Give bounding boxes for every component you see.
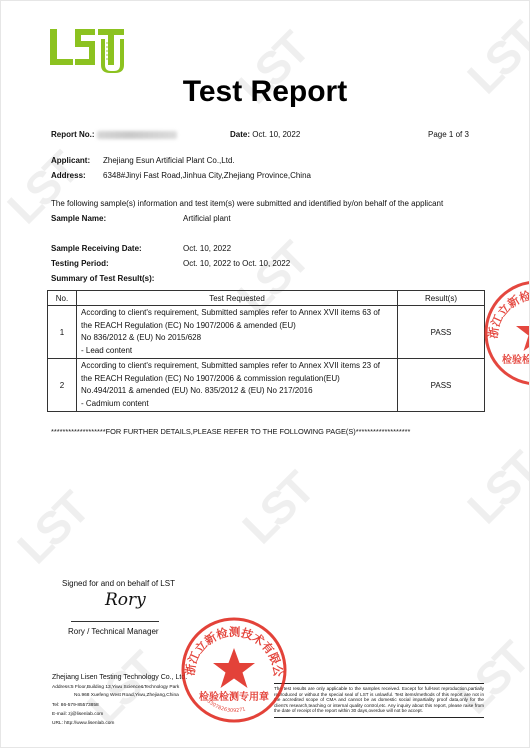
testing-period-label: Testing Period: (51, 259, 109, 268)
report-no-label: Report No.: (51, 130, 95, 139)
company-name: Zhejiang Lisen Testing Technology Co., L… (52, 674, 187, 681)
test-requested: According to client's requirement, Submi… (77, 306, 398, 359)
sample-name-label: Sample Name: (51, 214, 106, 223)
col-test-requested: Test Requested (77, 291, 398, 306)
col-no: No. (48, 291, 77, 306)
stamp-inner-text: 检验检测专用章 (199, 690, 269, 703)
date-label: Date: (230, 130, 250, 139)
table-row: 2 According to client's requirement, Sub… (48, 359, 485, 412)
row-number: 1 (48, 306, 77, 359)
applicant-value: Zhejiang Esun Artificial Plant Co.,Ltd. (103, 156, 235, 165)
sample-intro: The following sample(s) information and … (51, 199, 443, 208)
company-email: E-mail: zj@lisenlab.com (52, 712, 103, 717)
receiving-date-row: Sample Receiving Date: Oct. 10, 2022 (51, 244, 142, 253)
summary-heading: Summary of Test Result(s): (51, 274, 154, 283)
lst-logo (50, 29, 124, 73)
test-line: No 836/2012 & (EU) No 2015/628 (81, 332, 393, 345)
page-indicator: Page 1 of 3 (428, 130, 469, 139)
signature: Rory (105, 590, 146, 610)
watermark: LST (7, 487, 106, 586)
testing-period-value: Oct. 10, 2022 to Oct. 10, 2022 (183, 259, 290, 268)
test-line: - Lead content (81, 345, 393, 358)
stamp-outer-text: 浙江立新检测技术有限公司 (180, 616, 285, 678)
receiving-date-label: Sample Receiving Date: (51, 244, 142, 253)
watermark: LST (232, 467, 331, 566)
result-value: PASS (398, 306, 485, 359)
report-number: Report No.: (51, 130, 177, 139)
test-requested: According to client's requirement, Submi… (77, 359, 398, 412)
address-value: 6348#Jinyi Fast Road,Jinhua City,Zhejian… (103, 171, 311, 180)
test-line: According to client's requirement, Submi… (81, 307, 393, 320)
report-page: LST LST LST LST LST LST LST LST LST Test… (0, 0, 530, 748)
date-value: Oct. 10, 2022 (252, 130, 300, 139)
watermark: LST (457, 447, 530, 546)
svg-text:3307826309271: 3307826309271 (206, 698, 247, 714)
stamp-serial: 3307826309271 (206, 698, 247, 714)
svg-text:浙江立新检测技术有限公司: 浙江立新检测技术有限公司 (180, 616, 285, 678)
table-row: 1 According to client's requirement, Sub… (48, 306, 485, 359)
test-line: - Cadmium content (81, 398, 393, 411)
sample-name-value: Artificial plant (183, 214, 231, 223)
company-seal-stamp-edge: 浙江立新检测技术有限公司 检验检测专用章 (483, 279, 530, 387)
stamp-inner-text: 检验检测专用章 (502, 353, 530, 366)
col-results: Result(s) (398, 291, 485, 306)
table-header-row: No. Test Requested Result(s) (48, 291, 485, 306)
company-url: URL: http://www.lisenlab.com (52, 721, 114, 726)
signer-name: Rory / Technical Manager (68, 627, 159, 636)
summary-table: No. Test Requested Result(s) 1 According… (47, 290, 485, 412)
company-address-2: No.968 Xuefeng West Road,Yiwu,Zhejiang,C… (74, 693, 179, 698)
address-label: Address: (51, 171, 86, 180)
stamp-outer-text: 浙江立新检测技术有限公司 (483, 279, 530, 341)
further-details-note: *******************FOR FURTHER DETAILS,P… (51, 427, 410, 436)
company-address-1: Address:5 Floor,Building 13,Yiwu Science… (52, 685, 179, 690)
address-row: Address: 6348#Jinyi Fast Road,Jinhua Cit… (51, 171, 86, 180)
result-value: PASS (398, 359, 485, 412)
page-title: Test Report (1, 75, 529, 109)
applicant-label: Applicant: (51, 156, 90, 165)
applicant-row: Applicant: Zhejiang Esun Artificial Plan… (51, 156, 90, 165)
test-line: According to client's requirement, Submi… (81, 360, 393, 373)
signature-line (71, 621, 159, 622)
company-seal-stamp: 浙江立新检测技术有限公司 检验检测专用章 3307826309271 (180, 616, 288, 724)
company-tel: Tel: 86-579-85573858 (52, 703, 99, 708)
svg-text:浙江立新检测技术有限公司: 浙江立新检测技术有限公司 (483, 279, 530, 341)
report-date: Date: Oct. 10, 2022 (230, 130, 300, 139)
disclaimer: The test results are only applicable to … (274, 683, 484, 718)
test-line: No.494/2011 & amended (EU) No. 835/2012 … (81, 385, 393, 398)
test-line: the REACH Regulation (EC) No 1907/2006 &… (81, 373, 393, 386)
signed-for-label: Signed for and on behalf of LST (62, 579, 175, 588)
row-number: 2 (48, 359, 77, 412)
report-no-redacted (97, 131, 177, 139)
receiving-date-value: Oct. 10, 2022 (183, 244, 231, 253)
testing-period-row: Testing Period: Oct. 10, 2022 to Oct. 10… (51, 259, 109, 268)
test-line: the REACH Regulation (EC) No 1907/2006 &… (81, 320, 393, 333)
sample-name-row: Sample Name: Artificial plant (51, 214, 106, 223)
